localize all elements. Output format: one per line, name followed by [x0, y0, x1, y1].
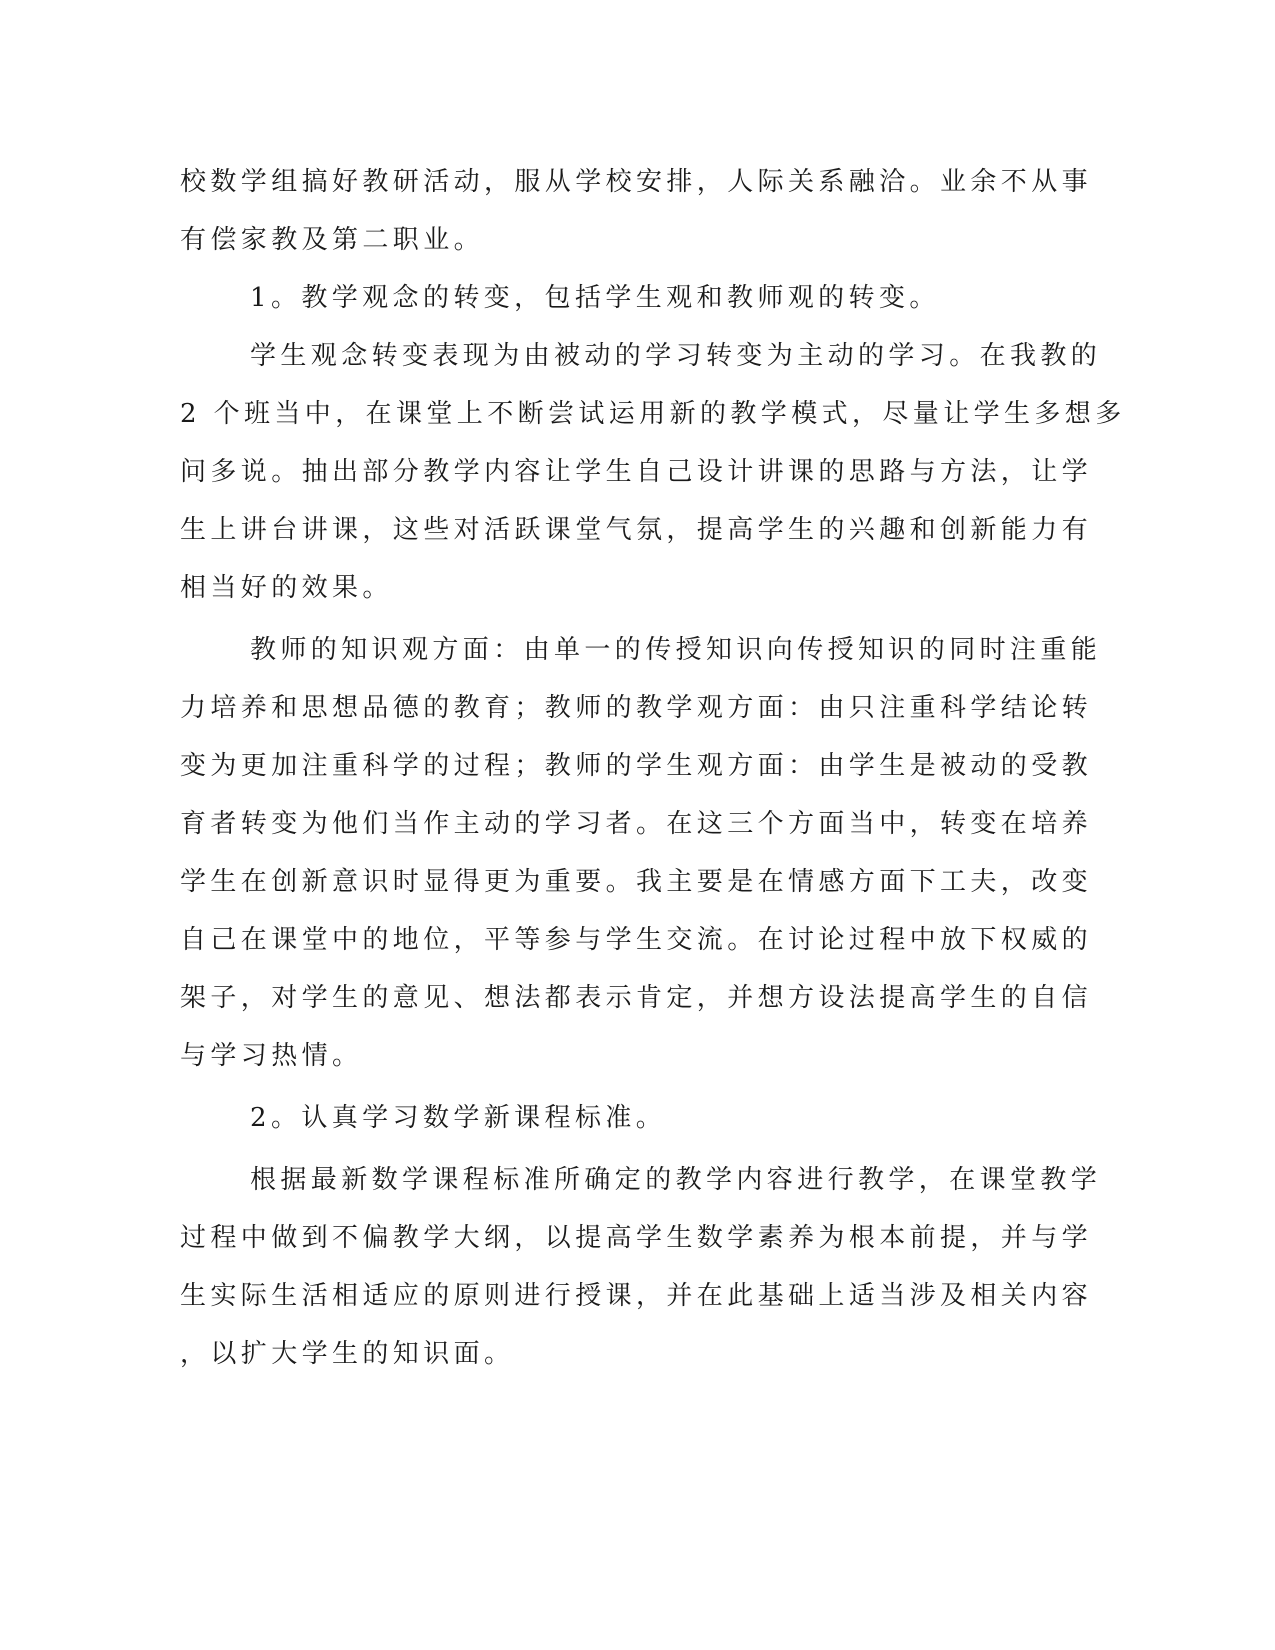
- body-line: 有偿家教及第二职业。: [180, 220, 1040, 260]
- paragraph-first-line: 学生观念转变表现为由被动的学习转变为主动的学习。在我教的: [250, 336, 1040, 376]
- body-line: 学生在创新意识时显得更为重要。我主要是在情感方面下工夫，改变: [180, 862, 1040, 902]
- body-line: 架子，对学生的意见、想法都表示肯定，并想方设法提高学生的自信: [180, 978, 1040, 1018]
- body-line: 自己在课堂中的地位，平等参与学生交流。在讨论过程中放下权威的: [180, 920, 1040, 960]
- paragraph-first-line: 教师的知识观方面：由单一的传授知识向传授知识的同时注重能: [250, 630, 1040, 670]
- body-line: 校数学组搞好教研活动，服从学校安排，人际关系融洽。业余不从事: [180, 162, 1040, 202]
- body-line: 2 个班当中，在课堂上不断尝试运用新的教学模式，尽量让学生多想多: [180, 394, 1040, 434]
- section-heading: 2。认真学习数学新课程标准。: [250, 1098, 1040, 1138]
- body-line: 相当好的效果。: [180, 568, 1040, 608]
- body-line: 生上讲台讲课，这些对活跃课堂气氛，提高学生的兴趣和创新能力有: [180, 510, 1040, 550]
- body-line: 生实际生活相适应的原则进行授课，并在此基础上适当涉及相关内容: [180, 1276, 1040, 1316]
- paragraph-first-line: 根据最新数学课程标准所确定的教学内容进行教学，在课堂教学: [250, 1160, 1040, 1200]
- body-line: ，以扩大学生的知识面。: [180, 1334, 1040, 1374]
- section-heading: 1。教学观念的转变，包括学生观和教师观的转变。: [250, 278, 1040, 318]
- document-page: 校数学组搞好教研活动，服从学校安排，人际关系融洽。业余不从事 有偿家教及第二职业…: [0, 0, 1275, 1650]
- body-line: 问多说。抽出部分教学内容让学生自己设计讲课的思路与方法，让学: [180, 452, 1040, 492]
- body-line: 变为更加注重科学的过程；教师的学生观方面：由学生是被动的受教: [180, 746, 1040, 786]
- body-line: 育者转变为他们当作主动的学习者。在这三个方面当中，转变在培养: [180, 804, 1040, 844]
- body-line: 与学习热情。: [180, 1036, 1040, 1076]
- body-line: 力培养和思想品德的教育；教师的教学观方面：由只注重科学结论转: [180, 688, 1040, 728]
- body-line: 过程中做到不偏教学大纲，以提高学生数学素养为根本前提，并与学: [180, 1218, 1040, 1258]
